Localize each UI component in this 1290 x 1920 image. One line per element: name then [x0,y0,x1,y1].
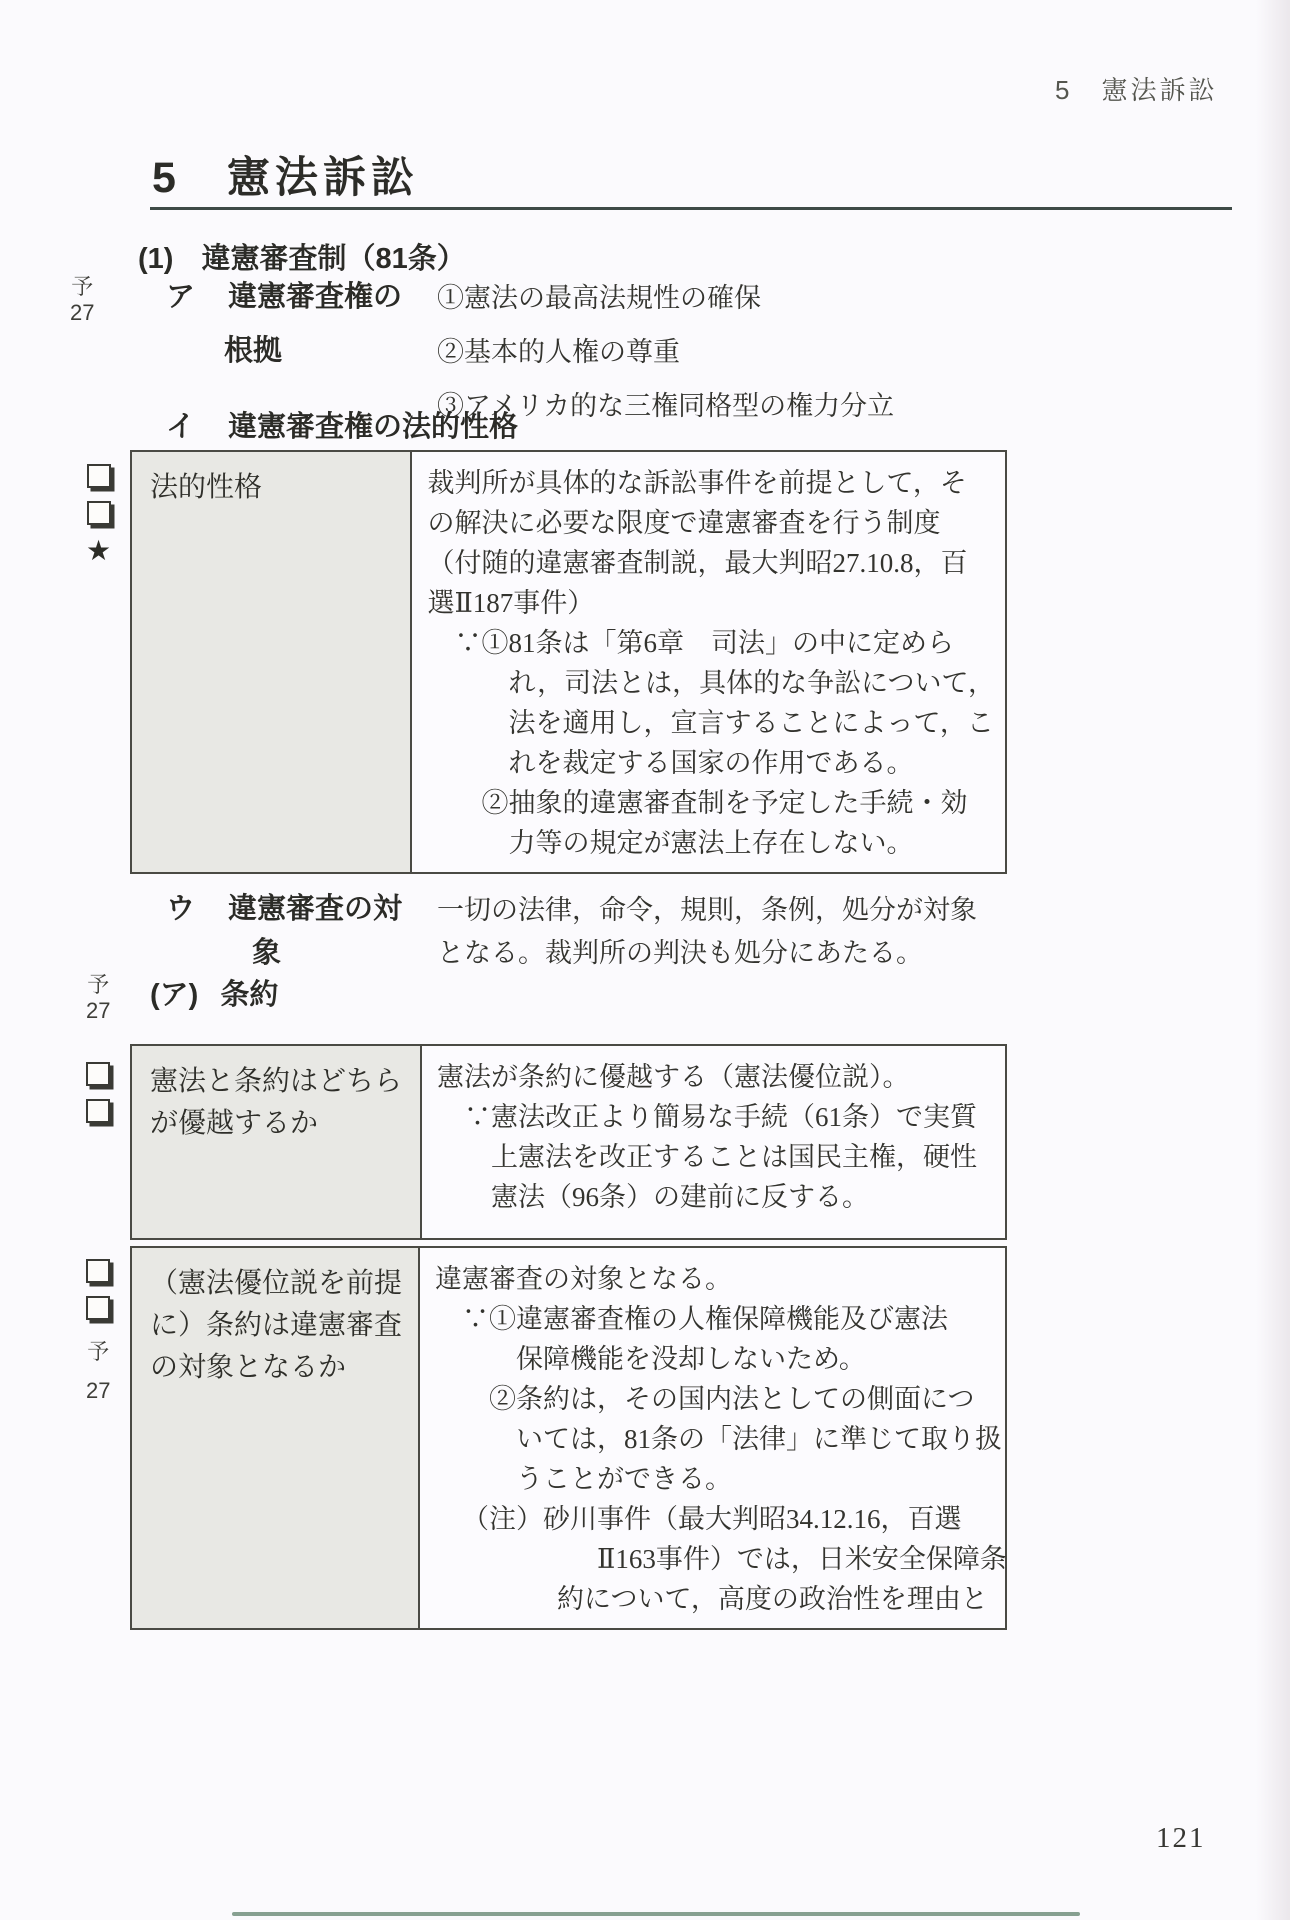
table-line: うことができる。 [516,1459,1007,1499]
yobi-mark: 予 [87,972,109,998]
sub-a-kana: ア [166,274,195,315]
table-line: ∵①違憲審査権の人権保障機能及び憲法 [462,1299,1007,1339]
sub-a-item-2: ②基本的人権の尊重 [437,330,680,369]
running-header: 5 憲法訴訟 [1055,70,1217,107]
yobi-number: 27 [70,300,94,326]
yobi-number: 27 [86,998,110,1024]
table-label-cell: 法的性格 [132,452,412,872]
table-body-cell: 裁判所が具体的な訴訟事件を前提として，そ の解決に必要な限度で違憲審査を行う制度… [412,452,1005,872]
yobi-mark: 予 [71,274,93,300]
checkbox-icon [86,1296,110,1320]
margin-yobi27-2: 予 27 [86,972,110,1024]
scanned-textbook-page: { "page": { "header_right": "5 憲法訴訟", "p… [0,0,1290,1920]
sub-a-heading-line2: 根拠 [224,328,282,369]
table-label: が優越するか [150,1102,404,1144]
table-label: に）条約は違憲審査 [150,1304,402,1346]
checkbox-icon [86,1062,110,1086]
checkbox-icon [87,501,111,525]
table-line: の解決に必要な限度で違憲審査を行う制度 [427,503,995,543]
table-line: Ⅱ163事件）では，日米安全保障条 [597,1539,1007,1579]
table-line: 憲法（96条）の建前に反する。 [491,1177,995,1217]
page-number: 121 [1156,1822,1206,1855]
table-line: （注）砂川事件（最大判昭34.12.16，百選 [462,1499,1007,1539]
margin-marks-2 [86,1062,110,1123]
section-1-label: (1) [138,243,173,275]
table-label: 憲法と条約はどちら [150,1060,404,1102]
table-label: の対象となるか [150,1346,402,1388]
checkbox-icon [86,1099,110,1123]
sub-u-kana: ウ [166,886,195,927]
checkbox-icon [86,1259,110,1283]
sub-u-body-line2: となる。裁判所の判決も処分にあたる。 [437,931,923,970]
table-line: 法を適用し，宣言することによって，こ [508,703,995,743]
table-constitution-vs-treaty: 憲法と条約はどちら が優越するか 憲法が条約に優越する（憲法優位説）。 ∵憲法改… [130,1044,1007,1240]
table-line: ∵憲法改正より簡易な手続（61条）で実質 [464,1097,995,1137]
table-line: 憲法が条約に優越する（憲法優位説）。 [437,1057,995,1097]
yobi-mark: 予 [87,1339,109,1365]
sub-u-body-line1: 一切の法律，命令，規則，条例，処分が対象 [437,888,977,927]
scan-right-shade [1256,0,1290,1920]
table-line: 約について，高度の政治性を理由と [557,1579,1007,1619]
table-label: 法的性格 [150,466,394,508]
section-1-heading: (1)違憲審査制（81条） [138,236,466,277]
table-line: 裁判所が具体的な訴訟事件を前提として，そ [427,463,995,503]
table-label: （憲法優位説を前提 [150,1262,402,1304]
table-treaty-review: （憲法優位説を前提 に）条約は違憲審査 の対象となるか 違憲審査の対象となる。 … [130,1246,1007,1630]
sub-u-heading-line1: 違憲審査の対 [228,886,402,927]
title-number: 5 [152,154,181,202]
table-line: ∵①81条は「第6章 司法」の中に定めら [454,623,995,663]
section-1-title: 違憲審査制（81条） [201,243,465,275]
margin-yobi27-1: 予 27 [70,274,94,326]
table-line: れ，司法とは，具体的な争訟について， [508,663,995,703]
sub-a2-heading: (ア)条約 [150,972,278,1013]
sub-u-heading-line2: 象 [252,930,281,971]
table-line: 保障機能を没却しないため。 [516,1339,1007,1379]
scan-bottom-edge [232,1912,1080,1916]
margin-marks-3: 予 27 [86,1259,110,1404]
table-line: （付随的違憲審査制説，最大判昭27.10.8，百 [427,543,995,583]
table-body-cell: 憲法が条約に優越する（憲法優位説）。 ∵憲法改正より簡易な手続（61条）で実質 … [422,1046,1005,1238]
sub-i-heading: 違憲審査権の法的性格 [228,404,518,445]
title-text: 憲法訴訟 [227,154,419,202]
yobi-number: 27 [86,1378,110,1404]
star-icon: ★ [86,538,111,566]
table-line: ②条約は，その国内法としての側面につ [489,1379,1007,1419]
sub-a2-title: 条約 [220,979,278,1011]
table-line: れを裁定する国家の作用である。 [508,743,995,783]
table-line: 違憲審査の対象となる。 [435,1259,1007,1299]
table-line: 力等の規定が憲法上存在しない。 [508,823,995,863]
table-line: ②抽象的違憲審査制を予定した手続・効 [481,783,995,823]
table-line: 上憲法を改正することは国民主権，硬性 [491,1137,995,1177]
table-legal-character: 法的性格 裁判所が具体的な訴訟事件を前提として，そ の解決に必要な限度で違憲審査… [130,450,1007,874]
sub-a-item-1: ①憲法の最高法規性の確保 [437,276,761,315]
table-label-cell: 憲法と条約はどちら が優越するか [132,1046,422,1238]
table-label-cell: （憲法優位説を前提 に）条約は違憲審査 の対象となるか [132,1248,420,1628]
table-line: 選Ⅱ187事件） [427,583,995,623]
sub-i-kana: イ [166,404,195,445]
checkbox-icon [87,464,111,488]
table-body-cell: 違憲審査の対象となる。 ∵①違憲審査権の人権保障機能及び憲法 保障機能を没却しな… [420,1248,1017,1628]
sub-a-heading-line1: 違憲審査権の [228,274,402,315]
sub-a2-label: (ア) [150,979,198,1011]
margin-marks-1: ★ [86,464,111,566]
page-title: 5憲法訴訟 [152,144,419,205]
title-underline [150,207,1232,210]
table-line: いては，81条の「法律」に準じて取り扱 [516,1419,1007,1459]
